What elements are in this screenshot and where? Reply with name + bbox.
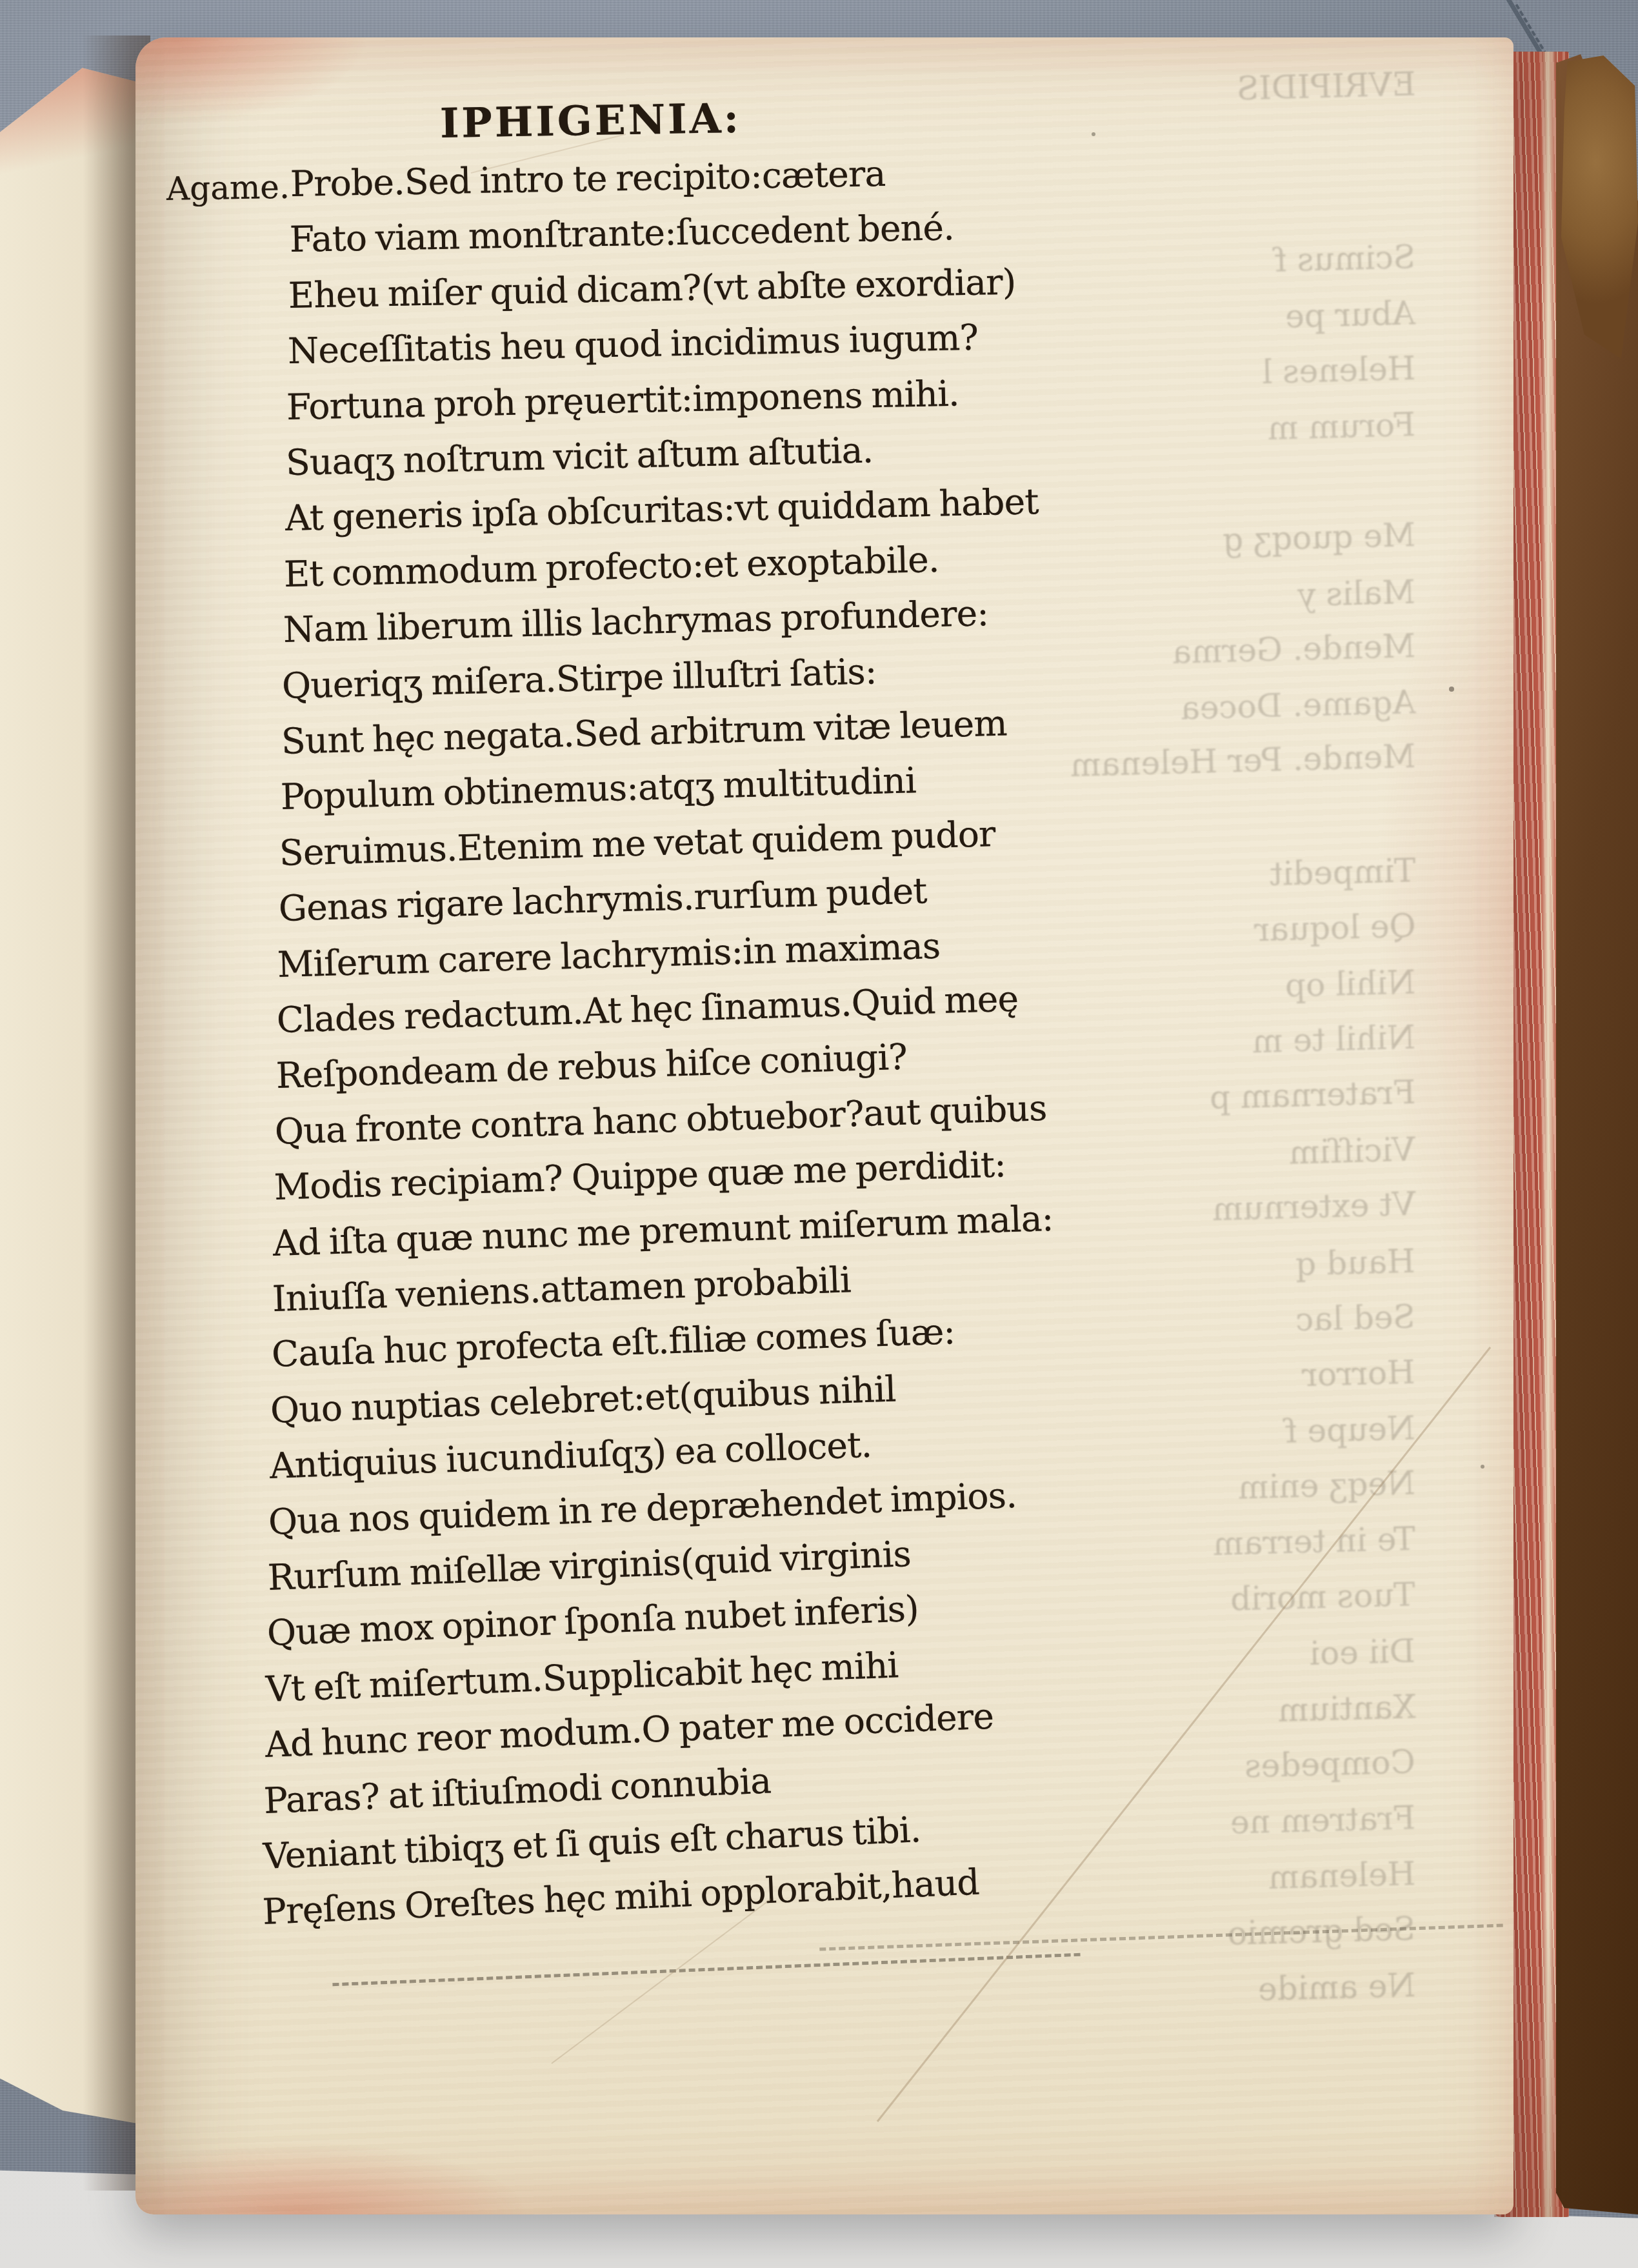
verse-line: Vt eſt miſertum.Supplicabit hęc mihi bbox=[265, 1644, 899, 1710]
verse-line: Fato viam monſtrante:ſuccedent bené. bbox=[289, 207, 954, 261]
showthrough-fragment: Xantium bbox=[1277, 1688, 1416, 1729]
showthrough-fragment: Me quoqʒ g bbox=[1222, 516, 1416, 559]
page-title: IPHIGENIA: bbox=[439, 94, 741, 147]
showthrough-fragment: Compedes bbox=[1244, 1743, 1416, 1785]
printed-text-block: IPHIGENIA: Agame. Probe.Sed intro te rec… bbox=[135, 37, 1513, 2214]
showthrough-fragment: Nihil op bbox=[1284, 963, 1415, 1004]
showthrough-fragment: Haud q bbox=[1295, 1242, 1416, 1283]
showthrough-fragment: Neupe f bbox=[1285, 1409, 1416, 1450]
verse-line: Populum obtinemus:atqʒ multitudini bbox=[280, 760, 916, 818]
showthrough-fragment: Neqʒ enim bbox=[1238, 1465, 1416, 1507]
verse-line: Cauſa huc profecta eſt.filiæ comes ſuæ: bbox=[271, 1311, 955, 1376]
book-page: IPHIGENIA: Agame. Probe.Sed intro te rec… bbox=[135, 37, 1513, 2214]
verse-line: Neceſſitatis heu quod incidimus iugum? bbox=[287, 317, 978, 372]
verse-line: Suaqʒ noſtrum vicit aſtum aſtutia. bbox=[285, 429, 874, 483]
showthrough-fragment: Tuos morib bbox=[1230, 1576, 1416, 1618]
showthrough-fragment: Forum m bbox=[1267, 406, 1415, 447]
verse-line: Nam liberum illis lachrymas profundere: bbox=[283, 592, 988, 650]
verse-line: Qua nos quidem in re depræhendet impios. bbox=[268, 1474, 1017, 1542]
verse-line: Eheu miſer quid dicam?(vt abſte exordiar… bbox=[288, 261, 1017, 316]
verse-line: Miſerum carere lachrymis:in maximas bbox=[277, 925, 941, 985]
showthrough-fragment: Dii eoi bbox=[1310, 1632, 1416, 1672]
verse-line: Iniuſſa veniens.attamen probabili bbox=[272, 1259, 852, 1320]
verse-line: Quo nuptias celebret:et(quibus nihil bbox=[270, 1368, 897, 1431]
showthrough-fragment: Sed lac bbox=[1295, 1298, 1416, 1339]
showthrough-fragment: Fratrem ne bbox=[1230, 1799, 1416, 1841]
verse-line: Queriqʒ miſera.Stirpe illuſtri ſatis: bbox=[282, 650, 877, 707]
verse-line: Clades redactum.At hęc ſinamus.Quid meę bbox=[276, 978, 1019, 1041]
verse-line: Ad iſta quæ nunc me premunt miſerum mala… bbox=[272, 1198, 1054, 1264]
verse-line: Reſpondeam de rebus hiſce coniugi? bbox=[275, 1036, 908, 1096]
setoff-ink-dashes bbox=[332, 1953, 1080, 1987]
showthrough-fragment: Agame. Docea bbox=[1180, 683, 1416, 727]
showthrough-fragment: Helenam bbox=[1268, 1855, 1416, 1896]
verse-line: Antiquius iucundiuſqʒ) ea collocet. bbox=[269, 1424, 872, 1487]
photo-of-open-book: IPHIGENIA: Agame. Probe.Sed intro te rec… bbox=[0, 0, 1638, 2268]
verse-line: Paras? at iſtiuſmodi connubia bbox=[263, 1760, 772, 1821]
showthrough-fragment: EVRIPIDIS bbox=[1236, 65, 1416, 107]
showthrough-fragment: Te in terram bbox=[1213, 1520, 1416, 1562]
showthrough-fragment: Mende. Per Helenam bbox=[1070, 738, 1416, 784]
showthrough-fragment: Horror bbox=[1302, 1354, 1416, 1394]
verse-line: Fortuna proh pręuertit:imponens mihi. bbox=[286, 372, 960, 427]
verse-line: Probe.Sed intro te recipito:cætera bbox=[290, 153, 885, 205]
leather-binding bbox=[1556, 54, 1638, 2214]
showthrough-fragment: Scimus f bbox=[1274, 239, 1415, 280]
showthrough-fragment: Helenes l bbox=[1261, 350, 1416, 391]
showthrough-fragment: Ne amide bbox=[1257, 1967, 1415, 2008]
verse-line: At generis ipſa obſcuritas:vt quiddam ha… bbox=[285, 481, 1039, 539]
showthrough-fragment: Malis y bbox=[1297, 573, 1415, 614]
speaker-label: Agame. bbox=[166, 168, 290, 208]
verse-line: Seruimus.Etenim me vetat quidem pudor bbox=[279, 813, 995, 874]
verse-line: Rurſum miſellæ virginis(quid virginis bbox=[267, 1533, 912, 1598]
showthrough-fragment: Abur pe bbox=[1285, 294, 1416, 335]
showthrough-fragment: Qe loquar bbox=[1253, 907, 1416, 949]
verse-line: Sunt hęc negata.Sed arbitrum vitæ leuem bbox=[281, 703, 1007, 762]
verse-line: Qua fronte contra hanc obtuebor?aut quib… bbox=[274, 1087, 1047, 1152]
showthrough-fragment: Viciſſim bbox=[1289, 1130, 1416, 1171]
showthrough-fragment: Timpedit bbox=[1269, 852, 1416, 893]
verse-line: Modis recipiam? Quippe quæ me perdidit: bbox=[274, 1143, 1006, 1208]
showthrough-fragment: Mende. Germa bbox=[1172, 627, 1415, 671]
verse-line: Genas rigare lachrymis.rurſum pudet bbox=[278, 870, 927, 929]
showthrough-fragment: Fraternam p bbox=[1209, 1074, 1416, 1116]
verse-line: Et commodum profecto:et exoptabile. bbox=[283, 539, 939, 595]
verse-line: Quæ mox opinor ſponſa nubet inferis) bbox=[266, 1588, 919, 1654]
verse-line: Ad hunc reor modum.O pater me occidere bbox=[265, 1696, 995, 1766]
showthrough-fragment: Nihil te m bbox=[1252, 1019, 1415, 1061]
showthrough-fragment: Vt externum bbox=[1212, 1185, 1416, 1228]
verse-line: Veniant tibiqʒ et ſi quis eſt charus tib… bbox=[263, 1809, 922, 1877]
